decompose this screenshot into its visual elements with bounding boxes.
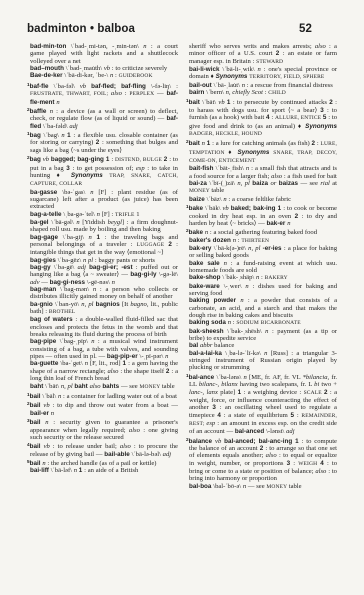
entry-segment: bait-fish xyxy=(189,165,216,172)
entry-segment: bai-li-wick xyxy=(189,66,222,73)
entry-segment: vb xyxy=(43,156,51,163)
dictionary-entry: 2bake n : a social gathering featuring b… xyxy=(186,227,337,236)
entry-segment: also xyxy=(266,452,279,459)
entry-segment: baize xyxy=(189,196,207,203)
entry-segment: baht xyxy=(30,383,45,390)
entry-segment: : a fish used for bait xyxy=(284,173,337,180)
entry-segment: TRIFLE xyxy=(115,212,136,218)
entry-segment: bag-gies xyxy=(30,257,58,264)
entry-segment: bal-ance xyxy=(189,374,217,381)
entry-segment: baffle xyxy=(30,108,50,115)
entry-segment: bake xyxy=(189,205,205,212)
entry-segment: 4 xyxy=(320,460,327,467)
entry-segment: bail-er xyxy=(30,410,51,417)
dictionary-entry: bal-a-lai-ka \ˌba-lə-ˈlī-kə\ n [Russ] : … xyxy=(186,350,337,372)
entry-segment: beygl xyxy=(108,219,122,226)
entry-segment: \ˈbag\ xyxy=(43,132,61,139)
entry-segment: 2 xyxy=(276,50,283,57)
entry-segment: : to get possession of; xyxy=(72,165,135,172)
entry-segment: n xyxy=(143,43,151,50)
entry-segment: bad–mouth xyxy=(30,65,66,72)
entry-segment: \-gē-nəs\ xyxy=(87,279,112,286)
dictionary-entry: 1bail \ˈbāl\ n : a container for ladling… xyxy=(27,391,178,400)
dictionary-entry: 2balance vb bal-anced; bal-anc-ing 1 : t… xyxy=(186,436,337,483)
entry-segment: vb xyxy=(222,205,230,212)
entry-segment: adj xyxy=(163,451,171,458)
entry-segment: \ˈbā-ləf\ xyxy=(51,467,74,474)
entry-segment: vb xyxy=(104,65,112,72)
dictionary-entry: bal-boa \bal-ˈbō-ə\ n — see MONEY table xyxy=(186,483,337,491)
entry-segment: n xyxy=(165,353,168,360)
entry-segment: bal-anced; bal-anc-ing 1 xyxy=(224,438,301,445)
entry-segment: n xyxy=(265,328,272,335)
entry-segment: \ba-ˈget\ xyxy=(60,360,84,367)
entry-segment: bagnios xyxy=(96,301,122,308)
dictionary-page: badminton • balboa 52 bad-min-ton \ˈbad-… xyxy=(0,0,364,595)
dictionary-entry: bairn \ˈbern\ n, chiefly Scot : CHILD xyxy=(186,89,337,97)
entry-segment: plate] xyxy=(220,389,237,396)
left-column: bad-min-ton \ˈbad-ˌmi-tən, -ˌmin-tən\ n … xyxy=(27,43,178,491)
entry-segment: bad-min-ton xyxy=(30,43,71,50)
entry-segment: table xyxy=(289,483,302,490)
entry-segment: THIRTEEN xyxy=(241,238,269,244)
entry-segment: \bə-ˈgas\ xyxy=(62,189,90,196)
entry-segment: [F, lit., rod] xyxy=(90,360,123,367)
entry-segment: bail xyxy=(30,419,46,426)
entry-segment: \ˈbad-ˌmau̇th\ xyxy=(66,65,104,72)
entry-segment: ba-gasse xyxy=(30,189,62,196)
entry-segment: adv xyxy=(30,279,41,286)
dictionary-entry: bag-a-telle \ˌba-gə-ˈtel\ n [F] : TRIFLE… xyxy=(27,211,178,219)
dictionary-entry: baht \ˈbät\ n, pl baht also bahts — see … xyxy=(27,383,178,391)
entry-segment: : the arched handle (as of a pail or ket… xyxy=(47,460,156,467)
dictionary-entry: bai-za \ˈbī-(ˌ)zä\ n, pl baiza or baizas… xyxy=(186,180,337,196)
entry-segment: STEWARD xyxy=(256,59,283,65)
entry-segment: n xyxy=(93,286,100,293)
entry-segment: baiza xyxy=(252,180,270,187)
entry-segment: n xyxy=(112,279,115,286)
entry-segment: \ˈbā-k(ə-)rē\ xyxy=(214,245,248,252)
entry-segment: n xyxy=(287,220,290,227)
dictionary-entry: bait-fish \ˈbāt-ˌfish\ n : a small fish … xyxy=(186,165,337,180)
entry-segment: bail-able xyxy=(104,451,131,458)
entry-segment: n xyxy=(264,350,271,357)
dictionary-entry: 2bait n 1 : a lure for catching animals … xyxy=(186,138,337,165)
entry-segment: vb xyxy=(44,443,53,450)
entry-segment: : to dip and throw out water from a boat… xyxy=(52,402,178,409)
entry-segment: bake-ware xyxy=(189,283,224,290)
entry-segment: bag-gi-er; -est xyxy=(89,264,136,271)
entry-segment: : a social gathering featuring baked foo… xyxy=(210,229,317,236)
entry-segment: bake xyxy=(189,229,205,236)
dictionary-entry: bag of waters : a double-walled fluid-fi… xyxy=(27,316,178,338)
entry-segment: balance xyxy=(189,438,215,445)
entry-segment: bal xyxy=(189,342,200,349)
entry-segment: two + xyxy=(321,381,337,388)
entry-segment: \ˈbad-ˌmi-tən, -ˌmin-tən\ xyxy=(71,43,143,50)
dictionary-entry: ba-gel \ˈbā-gəl\ n [Yiddish beygl] : a f… xyxy=(27,219,178,234)
entry-segment: lanc-, lanx xyxy=(189,389,220,396)
entry-segment: bahts xyxy=(102,383,121,390)
entry-segment: n, pl xyxy=(61,383,75,390)
entry-segment: FRUSTRATE, THWART, FOIL; xyxy=(30,91,111,97)
entry-segment: n pl xyxy=(83,257,95,264)
entry-segment: 1 xyxy=(96,234,104,241)
entry-segment: also xyxy=(315,468,328,475)
entry-segment: \-ˌpī-pər\ xyxy=(140,353,166,360)
entry-segment: : to criticize severely xyxy=(112,65,167,72)
entry-segment: CHILD xyxy=(268,90,286,96)
entry-segment: \bal-ˈbō-ə\ xyxy=(213,483,243,490)
entry-segment: abbr xyxy=(200,342,214,349)
dictionary-entry: 2bag vb bagged; bag-ging 1 : DISTEND, BU… xyxy=(27,154,178,188)
entry-segment: bait xyxy=(189,140,202,147)
entry-segment: vb xyxy=(215,438,224,445)
text-columns: bad-min-ton \ˈbad-ˌmi-tən, -ˌmin-tən\ n … xyxy=(27,43,338,491)
entry-segment: \ˈbāt-ˌfish\ xyxy=(216,165,246,172)
dictionary-entry: 2bail vb : to dip and throw out water fr… xyxy=(27,400,178,417)
entry-segment: PERPLEX xyxy=(129,91,157,97)
right-column: sheriff who serves writs and makes arres… xyxy=(186,43,337,491)
entry-segment: n xyxy=(51,410,54,417)
dictionary-entry: bake sale n : a fund-raising event at wh… xyxy=(186,260,337,275)
entry-segment: \ˈbern\ xyxy=(206,89,225,96)
dictionary-entry: bag-pipe \ˈbag-ˌpīp\ n : a musical wind … xyxy=(27,338,178,360)
entry-segment: baht xyxy=(74,383,89,390)
entry-segment: n xyxy=(91,338,98,345)
dictionary-entry: bake-shop \ˈbāk-ˌshäp\ n : BAKERY xyxy=(186,274,337,282)
entry-segment: BADGER, HECKLE, HOUND xyxy=(189,131,262,137)
entry-segment: \ˈban-yō\ xyxy=(55,301,81,308)
entry-segment: BROTHEL xyxy=(49,309,75,315)
entry-segment: bag of waters xyxy=(30,316,75,323)
dictionary-entry: 1bait \ˈbāt\ vb 1 : to persecute by cont… xyxy=(186,97,337,138)
entry-segment: bail xyxy=(30,393,43,400)
entry-segment: bak-sheesh xyxy=(189,328,227,335)
dictionary-entry: bag-man \ˈbag-mən\ n : a person who coll… xyxy=(27,286,178,301)
entry-segment: adj xyxy=(286,428,294,435)
entry-segment: also xyxy=(90,383,103,390)
entry-segment: at xyxy=(332,180,337,187)
dictionary-entry: baker's dozen n : THIRTEEN xyxy=(186,237,337,245)
entry-segment: \-lənst\ xyxy=(266,428,286,435)
entry-segment: bal-a-lai-ka xyxy=(189,350,225,357)
entry-segment: bilanc-, bilanx xyxy=(199,381,240,388)
entry-segment: [ME, fr. AF, fr. VL xyxy=(249,374,303,381)
dictionary-entry: 1bal-ance \ˈba-ləns\ n [ME, fr. AF, fr. … xyxy=(186,372,337,436)
entry-segment: MONEY xyxy=(266,484,288,490)
dictionary-entry: bad-min-ton \ˈbad-ˌmi-tən, -ˌmin-tən\ n … xyxy=(27,43,178,65)
dictionary-entry: ba-gnio \ˈban-yō\ n, pl bagnios [It bagn… xyxy=(27,301,178,317)
entry-segment: bagged; bag-ging 1 xyxy=(51,156,111,163)
guide-words: badminton • balboa xyxy=(27,23,135,35)
entry-segment: \ˈbag-ˌpīp\ xyxy=(60,338,92,345)
entry-segment: bagno, xyxy=(130,301,150,308)
entry-segment: \ˈbā-lə-bəl\ xyxy=(132,451,163,458)
entry-segment: esp xyxy=(206,420,217,427)
dictionary-entry: 3bail n : security given to guarantee a … xyxy=(27,417,178,441)
entry-segment: baking soda xyxy=(189,319,228,326)
entry-segment: \ˈba-fəl\ xyxy=(54,83,80,90)
entry-segment: ba-guette xyxy=(30,360,60,367)
entry-segment: ba-gnio xyxy=(30,301,55,308)
entry-segment: bag-man xyxy=(30,286,60,293)
entry-segment: : baggy pants or shorts xyxy=(95,257,155,264)
entry-segment: bai-za xyxy=(189,180,209,187)
entry-segment: : a coarse feltlike fabric xyxy=(228,196,291,203)
dictionary-entry: 1bag \ˈbag\ n 1 : a flexible usu. closab… xyxy=(27,130,178,154)
dictionary-entry: 1baf-fle \ˈba-fəl\ vb baf-fled; baf-flin… xyxy=(27,81,178,106)
entry-segment: MONEY xyxy=(139,384,161,390)
entry-segment: bake sale xyxy=(189,260,224,267)
dictionary-entry: bak-ery \ˈbā-k(ə-)rē\ n, pl -er-ies : a … xyxy=(186,245,337,260)
entry-segment: \ˈbā-ˌlau̇t\ xyxy=(214,82,242,89)
dictionary-entry: bake-ware \-ˌwer\ n : dishes used for ba… xyxy=(186,283,337,298)
page-number: 52 xyxy=(299,23,312,35)
entry-segment: bail xyxy=(30,402,44,409)
dictionary-entry: bal abbr balance xyxy=(186,342,337,349)
entry-segment: \ˈba-gēz\ xyxy=(58,257,83,264)
entry-segment: Bae-de-ker xyxy=(30,72,64,79)
dictionary-entry: 4bail vb : to release under bail; also :… xyxy=(27,441,178,458)
entry-segment: \ˈbāk\ xyxy=(205,205,222,212)
entry-segment: \-fə-liŋ\ : xyxy=(151,83,178,90)
entry-segment: bag-gy xyxy=(30,264,54,271)
dictionary-entry: 1bake \ˈbāk\ vb baked; bak-ing 1 : to co… xyxy=(186,203,337,227)
entry-segment: n, pl xyxy=(248,245,263,252)
entry-segment: n, chiefly Scot xyxy=(226,89,265,96)
entry-segment: : to persecute by continued attacks xyxy=(233,100,329,107)
entry-segment: \ˈbī-(ˌ)zä\ xyxy=(209,180,237,187)
entry-segment: MONEY xyxy=(189,188,211,194)
entry-segment: [Yiddish xyxy=(82,219,107,226)
dictionary-entry: 2baffle n : a device (as a wall or scree… xyxy=(27,106,178,130)
entry-segment: bai-liff xyxy=(30,467,51,474)
entry-segment: \-gə-lē\ xyxy=(159,271,178,278)
entry-segment: bal-anced xyxy=(235,428,266,435)
entry-segment: \ˌba-gə-ˈtel\ xyxy=(63,211,96,218)
entry-segment: : a lure for catching animals (as fish) xyxy=(212,140,311,147)
entry-segment: \ˈba-fəld\ xyxy=(43,123,69,130)
page-header: badminton • balboa 52 xyxy=(27,23,312,35)
dictionary-entry: bag-gy \ˈba-gē\ adj bag-gi-er; -est : pu… xyxy=(27,264,178,286)
entry-segment: ♦ Synonyms xyxy=(228,149,273,156)
entry-segment: — see xyxy=(301,180,321,187)
dictionary-entry: bad–mouth \ˈbad-ˌmau̇th\ vb : to critici… xyxy=(27,65,178,72)
entry-segment: \ˈba-gij\ xyxy=(63,234,89,241)
entry-segment: bag-pipe xyxy=(30,338,60,345)
entry-segment: bait xyxy=(189,100,203,107)
entry-segment: \ˈbā-gəl\ xyxy=(51,219,76,226)
entry-segment: bake-shop xyxy=(189,274,222,281)
entry-segment: having two scalepans, fr. L xyxy=(240,381,314,388)
entry-segment: also xyxy=(271,173,284,180)
entry-segment: : to release under bail; xyxy=(53,443,120,450)
entry-segment: vb xyxy=(218,100,227,107)
entry-segment: baked; bak-ing 1 xyxy=(231,205,284,212)
dictionary-entry: 5bail n : the arched handle (as of a pai… xyxy=(27,458,178,467)
entry-segment: — see xyxy=(121,383,140,390)
entry-segment: \ˈba-ləns\ xyxy=(216,374,243,381)
entry-segment: \ˈbag-mən\ xyxy=(60,286,93,293)
entry-segment: SODIUM BICARBONATE xyxy=(236,320,300,326)
entry-segment: \ˈba-gē\ xyxy=(54,264,78,271)
dictionary-entry: baking soda n : SODIUM BICARBONATE xyxy=(186,319,337,327)
entry-segment: table xyxy=(162,383,175,390)
entry-segment: : a container for ladling water out of a… xyxy=(63,393,177,400)
entry-segment: bag-a-telle xyxy=(30,211,63,218)
entry-segment: : a rescue from financial distress xyxy=(247,82,333,89)
entry-segment: — xyxy=(41,279,49,286)
dictionary-entry: bak-sheesh \ˈbak-ˌshēsh\ n : payment (as… xyxy=(186,328,337,343)
entry-segment: sheriff who serves writs and makes arres… xyxy=(189,43,315,50)
entry-segment: bak-er xyxy=(266,220,287,227)
entry-segment: 1 xyxy=(136,211,139,218)
entry-segment: bag xyxy=(30,132,44,139)
entry-segment: bail xyxy=(30,460,43,467)
entry-segment: \ˈbät\ xyxy=(45,383,61,390)
entry-segment: baizas xyxy=(279,180,301,187)
entry-segment: ba-gel xyxy=(30,219,51,226)
entry-segment: vb xyxy=(80,83,91,90)
entry-segment: bag-gi-ness xyxy=(50,279,87,286)
entry-segment: ♦ Synonyms xyxy=(57,172,110,179)
dictionary-entry: bag-gage \ˈba-gij\ n 1 : the traveling b… xyxy=(27,234,178,257)
entry-segment: TERRITORY, FIELD, SPHERE xyxy=(249,74,324,80)
entry-segment: bairn xyxy=(189,89,206,96)
entry-segment: balance xyxy=(214,342,234,349)
entry-segment: \ˌba-lə-ˈlī-kə\ xyxy=(225,350,264,357)
entry-segment: \ˈbāk-ˌshäp\ xyxy=(222,274,256,281)
entry-segment: adj xyxy=(78,264,90,271)
entry-segment: table xyxy=(211,187,224,194)
entry-segment: n xyxy=(245,283,252,290)
entry-segment: \ˈbāl\ xyxy=(42,393,58,400)
entry-segment: or xyxy=(270,180,278,187)
entry-segment: also xyxy=(315,43,329,50)
entry-segment: ALLURE, ENTICE xyxy=(275,115,323,121)
entry-segment: *bilancia, xyxy=(303,374,332,381)
entry-segment: also xyxy=(111,90,125,97)
entry-segment: : a weighing device : xyxy=(244,389,304,396)
entry-segment: bag-gi-ly xyxy=(130,271,159,278)
entry-segment: SCALE xyxy=(304,390,324,396)
entry-segment: : an aide of a British xyxy=(84,467,138,474)
entry-segment: — see xyxy=(248,483,267,490)
entry-segment: also xyxy=(129,427,143,434)
entry-segment: GUIDEBOOK xyxy=(119,73,153,79)
entry-segment: LUGGAGE xyxy=(137,242,169,248)
dictionary-entry: baking powder n : a powder that consists… xyxy=(186,297,337,319)
dictionary-entry: ba-guette \ba-ˈget\ n [F, lit., rod] 1 :… xyxy=(27,360,178,382)
entry-segment: adj xyxy=(69,123,77,130)
entry-segment: n, pl xyxy=(81,301,95,308)
entry-segment: bail xyxy=(30,443,44,450)
entry-segment: baf-fled; baf-fling xyxy=(91,83,151,90)
entry-segment: \ˈbāt\ xyxy=(202,100,218,107)
entry-segment: baker's dozen xyxy=(189,237,233,244)
entry-segment: 3 xyxy=(320,107,327,114)
entry-segment: n xyxy=(56,99,59,106)
entry-segment: n xyxy=(240,297,248,304)
entry-segment: ♦ Synonyms xyxy=(211,73,250,80)
dictionary-entry: sheriff who serves writs and makes arres… xyxy=(186,43,337,66)
entry-segment: \ˈbak-ˌshēsh\ xyxy=(227,328,265,335)
entry-segment: WEIGH xyxy=(298,461,320,467)
entry-segment: bag-pip-er xyxy=(107,353,140,360)
entry-segment: BAKERY xyxy=(265,275,288,281)
entry-segment: bak-ery xyxy=(189,245,214,252)
entry-segment: -er-ies xyxy=(263,245,284,252)
dictionary-entry: Bae-de-ker \ˈbā-di-kər, ˈbe-\ n : GUIDEB… xyxy=(27,72,178,80)
entry-segment: 2 xyxy=(295,213,302,220)
dictionary-entry: bail-out \ˈbā-ˌlau̇t\ n : a rescue from … xyxy=(186,82,337,89)
entry-segment: esp xyxy=(136,165,147,172)
entry-segment: \ˈbāz\ xyxy=(207,196,224,203)
entry-segment: DISTEND, BULGE xyxy=(115,157,164,163)
entry-segment: : the shape itself xyxy=(120,368,166,375)
entry-segment: 2 xyxy=(168,241,176,248)
entry-segment: also xyxy=(120,443,134,450)
entry-segment: n, pl xyxy=(237,180,252,187)
dictionary-entry: baize \ˈbāz\ n : a coarse feltlike fabri… xyxy=(186,196,337,203)
entry-segment: bag xyxy=(30,156,43,163)
entry-segment: also xyxy=(107,368,120,375)
entry-segment: n xyxy=(224,260,231,267)
dictionary-entry: bag-gies \ˈba-gēz\ n pl : baggy pants or… xyxy=(27,257,178,264)
entry-segment: rial xyxy=(320,180,332,187)
entry-segment: baking powder xyxy=(189,297,240,304)
dictionary-entry: ba-gasse \bə-ˈgas\ n [F] : plant residue… xyxy=(27,189,178,211)
entry-segment: : a state of equilibrium xyxy=(224,412,291,419)
entry-segment: bag-gage xyxy=(30,234,63,241)
entry-segment: bail-out xyxy=(189,82,214,89)
entry-segment: \ˈbā-di-kər, ˈbe-\ xyxy=(64,72,110,79)
entry-segment: ♦ Synonyms xyxy=(298,123,337,130)
entry-segment: \-ˌwer\ xyxy=(224,283,246,290)
entry-segment: \ˈbā-li-ˌwik\ xyxy=(222,66,257,73)
entry-segment: bal-boa xyxy=(189,483,213,490)
dictionary-entry: bai-li-wick \ˈbā-li-ˌwik\ n : one's spec… xyxy=(186,66,337,82)
entry-segment: [F] : xyxy=(102,211,115,218)
dictionary-entry: bai-liff \ˈbā-ləf\ n 1 : an aide of a Br… xyxy=(27,467,178,474)
entry-segment: baf-fle xyxy=(30,83,54,90)
